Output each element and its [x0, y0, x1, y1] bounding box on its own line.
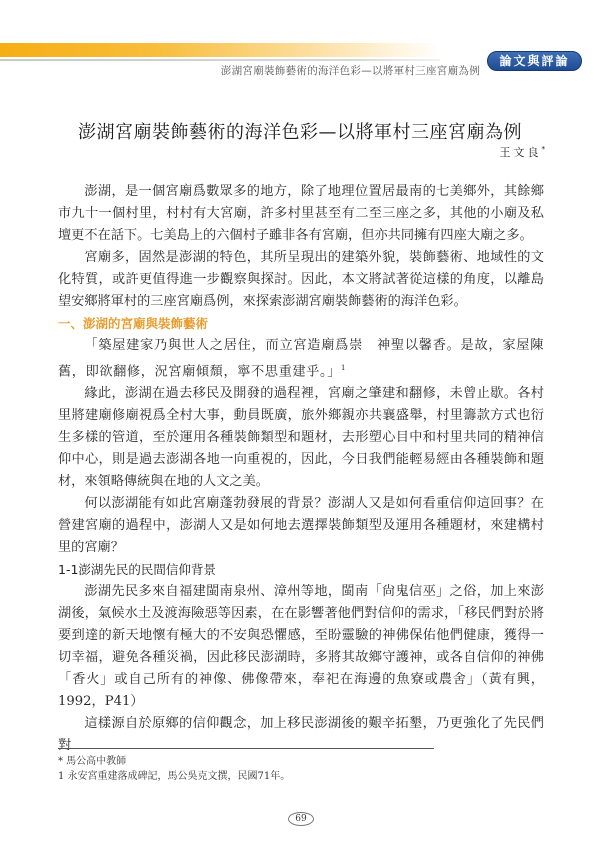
- footnote-author: * 馬公高中教師: [58, 754, 290, 769]
- quote-text: 「築屋建家乃與世人之居住，而立宮造廟爲崇 神聖以馨香。是故，家屋陳舊，即欲翻修，…: [58, 338, 544, 379]
- article-body: 澎湖，是一個宮廟爲數眾多的地方，除了地理位置居最南的七美鄉外，其餘鄉市九十一個村…: [58, 181, 544, 757]
- block-quote: 「築屋建家乃與世人之居住，而立宮造廟爲崇 神聖以馨香。是故，家屋陳舊，即欲翻修，…: [58, 335, 544, 383]
- footnote-divider: [58, 748, 434, 749]
- header-color-bar: [0, 43, 440, 57]
- paragraph: 宮廟多，固然是澎湖的特色，其所呈現出的建築外貌，裝飾藝術、地域性的文化特質，或許…: [58, 247, 544, 313]
- running-title: 澎湖宮廟裝飾藝術的海洋色彩—以將軍村三座宮廟為例: [180, 63, 480, 78]
- author-byline: 王文良*: [500, 144, 546, 160]
- paragraph: 澎湖先民多來自福建閩南泉州、漳州等地，閩南「尙鬼信巫」之俗，加上來澎湖後，氣候水…: [58, 581, 544, 713]
- subsection-heading: 1-1澎湖先民的民間信仰背景: [58, 559, 544, 581]
- paragraph: 澎湖，是一個宮廟爲數眾多的地方，除了地理位置居最南的七美鄉外，其餘鄉市九十一個村…: [58, 181, 544, 247]
- section-heading: 一、澎湖的宮廟與裝飾藝術: [58, 313, 544, 335]
- paragraph: 緣此，澎湖在過去移民及開發的過程裡，宮廟之肇建和翻修，未曾止歇。各村里將建廟修廟…: [58, 383, 544, 493]
- footnotes: * 馬公高中教師 1 永安宮重建落成碑記，馬公吳克文撰，民國71年。: [58, 754, 290, 784]
- author-name: 王文良: [500, 146, 542, 159]
- header-rule: [0, 59, 440, 61]
- author-footnote-mark: *: [542, 145, 546, 153]
- article-title: 澎湖宮廟裝飾藝術的海洋色彩—以將軍村三座宮廟為例: [60, 118, 540, 144]
- paragraph: 何以澎湖能有如此宮廟蓬勃發展的背景？澎湖人又是如何看重信仰這回事？在營建宮廟的過…: [58, 493, 544, 559]
- section-badge: 論文與評論: [487, 51, 582, 71]
- footnote-ref: 1: [341, 364, 346, 372]
- paragraph: 這樣源自於原鄉的信仰觀念，加上移民澎湖後的艱辛拓墾，乃更強化了先民們對: [58, 713, 544, 757]
- page-number: 69: [288, 812, 314, 826]
- footnote-1: 1 永安宮重建落成碑記，馬公吳克文撰，民國71年。: [58, 769, 290, 784]
